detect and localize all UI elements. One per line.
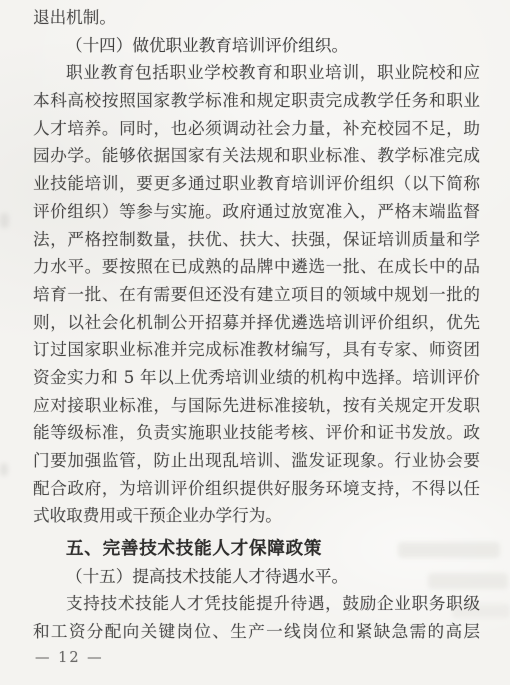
text-line: 职业教育包括职业学校教育和职业培训，职业院校和应用型: [33, 59, 480, 87]
text-line: 资金实力和 5 年以上优秀培训业绩的机构中选择。培训评价组织: [33, 364, 480, 392]
text-line: 业技能培训，要更多通过职业教育培训评价组织（以下简称培训: [33, 170, 480, 198]
section-heading: 五、完善技术技能人才保障政策: [33, 535, 480, 563]
scan-artifact: [0, 463, 8, 476]
text-line: 式收取费用或干预企业办学行为。: [33, 502, 480, 530]
subsection-title: （十五）提高技术技能人才待遇水平。: [33, 563, 480, 591]
text-line: 门要加强监管，防止出现乱培训、滥发证现象。行业协会要积极: [33, 447, 480, 475]
page-number: — 12 —: [35, 650, 104, 666]
document-page: 退出机制。 （十四）做优职业教育培训评价组织。 职业教育包括职业学校教育和职业培…: [0, 0, 510, 685]
text-line: 能等级标准，负责实施职业技能考核、评价和证书发放。政府部: [33, 419, 480, 447]
text-line: 和工资分配向关键岗位、生产一线岗位和紧缺急需的高层次、高: [33, 618, 480, 646]
text-line: 配合政府，为培训评价组织提供好服务环境支持，不得以任何方: [33, 475, 480, 503]
document-body: 退出机制。 （十四）做优职业教育培训评价组织。 职业教育包括职业学校教育和职业培…: [33, 4, 480, 646]
text-line: 评价组织）等参与实施。政府通过放宽准入，严格末端监督执: [33, 198, 480, 226]
text-line: 力水平。要按照在已成熟的品牌中遴选一批、在成长中的品牌中: [33, 253, 480, 281]
subsection-title: （十四）做优职业教育培训评价组织。: [33, 32, 480, 60]
text-line: 退出机制。: [33, 4, 480, 32]
text-line: 订过国家职业标准并完成标准教材编写，具有专家、师资团队、: [33, 336, 480, 364]
text-line: 培育一批、在有需要但还没有建立项目的领域中规划一批的原: [33, 281, 480, 309]
text-line: 本科高校按照国家教学标准和规定职责完成教学任务和职业技能: [33, 87, 480, 115]
text-line: 人才培养。同时，也必须调动社会力量，补充校园不足，助力校: [33, 115, 480, 143]
text-line: 园办学。能够依据国家有关法规和职业标准、教学标准完成的职: [33, 142, 480, 170]
text-line: 应对接职业标准，与国际先进标准接轨，按有关规定开发职业技: [33, 392, 480, 420]
text-line: 法，严格控制数量，扶优、扶大、扶强，保证培训质量和学生能: [33, 226, 480, 254]
scan-artifact: [0, 213, 9, 228]
text-line: 支持技术技能人才凭技能提升待遇，鼓励企业职务职级晋升: [33, 590, 480, 618]
text-line: 则，以社会化机制公开招募并择优遴选培训评价组织，优先从制: [33, 309, 480, 337]
